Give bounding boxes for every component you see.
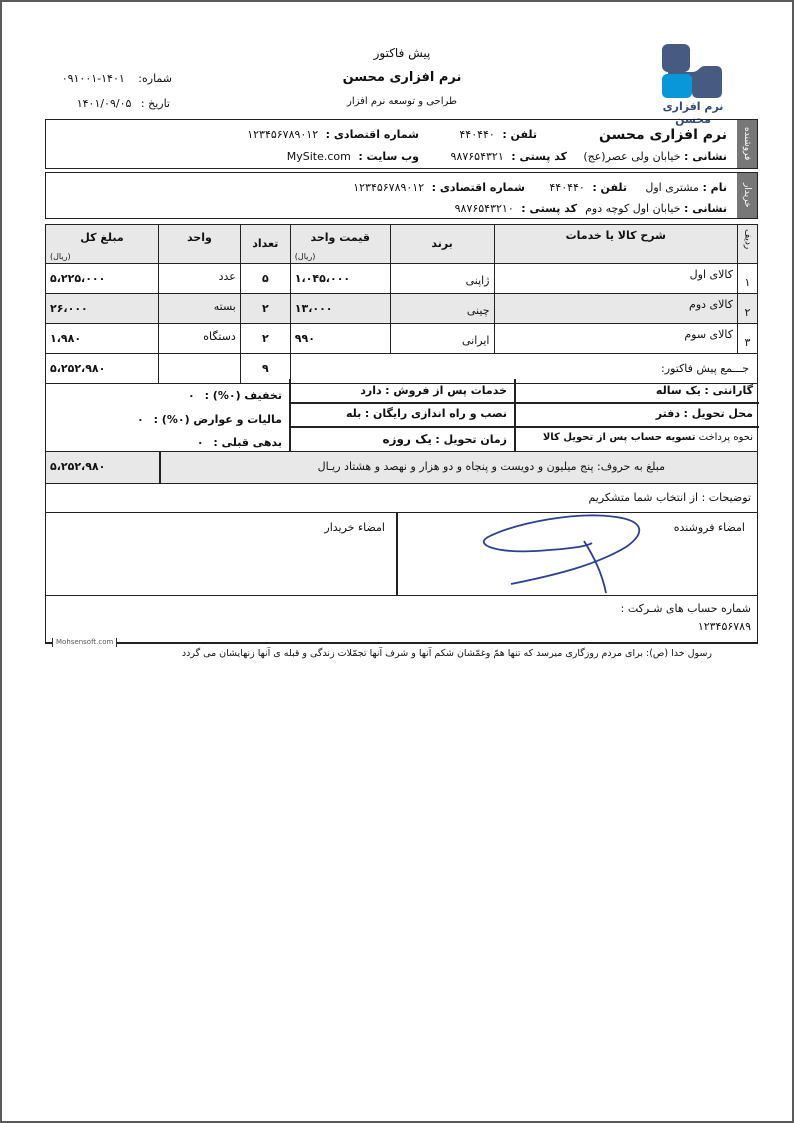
amount-in-words-row: مبلغ به حروف: پنج میلیون و دویست و پنجاه…: [45, 452, 758, 484]
col-brand: برند: [390, 225, 494, 264]
accounts-value: ۱۲۳۴۵۶۷۸۹: [698, 620, 751, 633]
seller-postal-code: کد پستی : ۹۸۷۶۵۴۳۲۱: [451, 150, 567, 163]
delivery-place: محل تحویل : دفتر: [656, 407, 753, 420]
invoice-number-label: شماره:: [138, 72, 172, 85]
after-sales-service: خدمات پس از فروش : دارد: [360, 384, 507, 397]
logo-shape-icon: [662, 58, 722, 98]
buyer-postal-code: کد پستی : ۹۸۷۶۵۴۳۲۱۰: [455, 202, 577, 215]
company-title: نرم افزاری محسن: [302, 70, 502, 85]
seller-signature-label: امضاء فروشنده: [674, 521, 745, 534]
notes-row: توضیحات : از انتخاب شما متشکریم: [45, 484, 758, 513]
buyer-address: نشانی : خیابان اول کوچه دوم: [585, 202, 727, 215]
seller-name: نرم افزاری محسن: [599, 127, 727, 143]
seller-phone: تلفن : ۴۴۰۴۴۰: [459, 128, 537, 141]
invoice-date-value: ۱۴۰۱/۰۹/۰۵: [77, 97, 132, 110]
company-subtitle: طراحی و توسعه نرم افزار: [302, 96, 502, 107]
previous-debt: بدهی قبلی : ۰: [197, 436, 282, 449]
buyer-name: نام : مشتری اول: [645, 181, 727, 194]
seller-economic-code: شماره اقتصادی : ۱۲۳۴۵۶۷۸۹۰۱۲: [247, 128, 419, 141]
table-header-row: ردیف شرح کالا یا خدمات برند قیمت واحد (ر…: [46, 225, 758, 264]
col-qty: تعداد: [240, 225, 290, 264]
footer-site-link[interactable]: Mohsensoft.com: [52, 638, 117, 647]
seller-website-link[interactable]: MySite.com: [287, 150, 351, 163]
invoice-date: تاریخ : ۱۴۰۱/۰۹/۰۵: [77, 97, 170, 110]
table-row: ۲ کالای دوم چینی ۱۳،۰۰۰ ۲ بسته ۲۶،۰۰۰: [46, 294, 758, 324]
divider: [159, 452, 161, 484]
signatures-row: امضاء فروشنده امضاء خریدار: [45, 513, 758, 596]
divider: [289, 402, 759, 404]
free-installation: نصب و راه اندازی رایگان : بله: [346, 407, 507, 420]
company-logo: نرم افزاری محسن: [648, 40, 738, 120]
seller-tag: فروشنده: [737, 120, 757, 168]
buyer-signature-label: امضاء خریدار: [324, 521, 385, 534]
invoice-date-label: تاریخ :: [141, 97, 170, 110]
col-unit: واحد: [158, 225, 240, 264]
items-table: ردیف شرح کالا یا خدمات برند قیمت واحد (ر…: [45, 224, 758, 384]
col-description: شرح کالا یا خدمات: [494, 225, 738, 264]
buyer-economic-code: شماره اقتصادی : ۱۲۳۴۵۶۷۸۹۰۱۲: [353, 181, 525, 194]
payment-method: نحوه پرداخت تسویه حساب پس از تحویل کالا: [543, 432, 753, 443]
table-row: ۳ کالای سوم ایرانی ۹۹۰ ۲ دستگاه ۱،۹۸۰: [46, 324, 758, 354]
divider: [396, 513, 398, 596]
invoice-number-value: ۱۴۰۱-۰۹۱۰۰۱: [62, 72, 125, 85]
delivery-time: زمان تحویل : یک روزه: [383, 432, 507, 446]
amount-in-words: مبلغ به حروف: پنج میلیون و دویست و پنجاه…: [318, 460, 665, 473]
company-accounts: شماره حساب های شـرکت : ۱۲۳۴۵۶۷۸۹: [45, 596, 758, 642]
divider: [45, 642, 758, 644]
col-unit-price: قیمت واحد (ریال): [290, 225, 390, 264]
warranty: گارانتی : یک ساله: [656, 384, 753, 397]
divider: [514, 379, 516, 452]
invoice-number: شماره: ۱۴۰۱-۰۹۱۰۰۱: [62, 72, 172, 85]
seller-box: فروشنده نرم افزاری محسن تلفن : ۴۴۰۴۴۰ شم…: [45, 119, 758, 169]
divider: [289, 426, 759, 428]
tax: مالیات و عوارض (۰%) : ۰: [137, 413, 282, 426]
conditions-block: گارانتی : یک ساله محل تحویل : دفتر نحوه …: [45, 379, 758, 452]
buyer-phone: تلفن : ۴۴۰۴۴۰: [549, 181, 627, 194]
footer-quote: رسول خدا (ص): برای مردم روزگاری میرسد که…: [102, 648, 712, 659]
discount: تخفیف (۰%) : ۰: [188, 389, 282, 402]
invoice-page: پیش فاکتور نرم افزاری محسن طراحی و توسعه…: [0, 0, 794, 1123]
seller-website: وب سایت : MySite.com: [287, 150, 419, 163]
buyer-tag: خریدار: [737, 173, 757, 218]
grand-total: ۵،۲۵۲،۹۸۰: [50, 460, 156, 473]
divider: [289, 379, 291, 452]
table-row: ۱ کالای اول ژاپنی ۱،۰۴۵،۰۰۰ ۵ عدد ۵،۲۲۵،…: [46, 264, 758, 294]
seller-address: نشانی : خیابان ولی عصر(عج): [583, 150, 727, 163]
buyer-box: خریدار نام : مشتری اول تلفن : ۴۴۰۴۴۰ شما…: [45, 172, 758, 219]
col-index: ردیف: [738, 225, 758, 264]
seller-signature-icon: [476, 513, 676, 596]
col-total: مبلغ کل (ریال): [46, 225, 159, 264]
document-title: پیش فاکتور: [302, 46, 502, 60]
notes: توضیحات : از انتخاب شما متشکریم: [588, 491, 751, 504]
accounts-label: شماره حساب های شـرکت :: [621, 602, 751, 615]
